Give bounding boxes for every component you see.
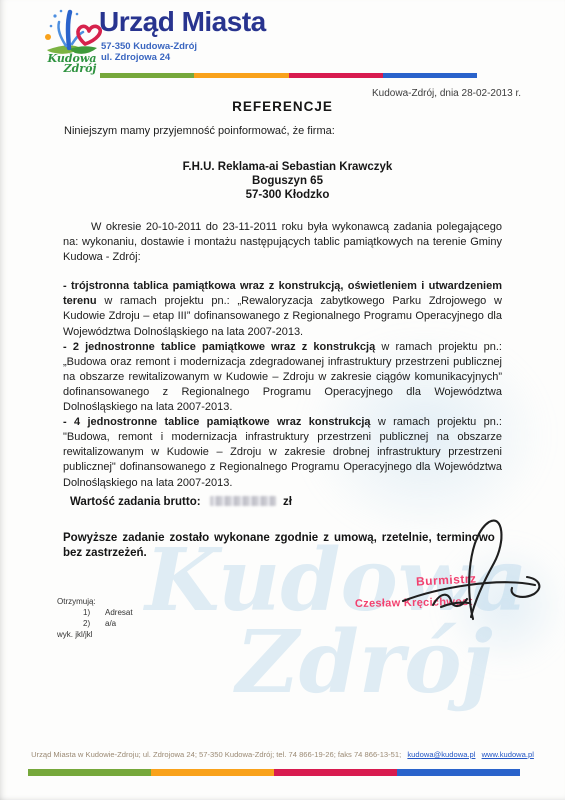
company-name: F.H.U. Reklama-ai Sebastian Krawczyk bbox=[0, 160, 565, 174]
task-description: W okresie 20-10-2011 do 23-11-2011 roku … bbox=[63, 220, 502, 491]
task-item-text: w ramach projektu pn.: „Rewaloryzacja za… bbox=[63, 295, 502, 337]
heart-icon bbox=[78, 26, 100, 44]
task-item: - trójstronna tablica pamiątkowa wraz z … bbox=[63, 279, 502, 339]
distribution-note: wyk. jkl/jkl bbox=[57, 629, 133, 640]
doc-title: REFERENCJE bbox=[0, 99, 565, 114]
bar-segment bbox=[397, 769, 520, 776]
value-label: Wartość zadania brutto: bbox=[70, 496, 201, 508]
bar-segment bbox=[100, 73, 194, 78]
redacted-amount bbox=[210, 496, 276, 506]
date-line: Kudowa-Zdrój, dnia 28-02-2013 r. bbox=[372, 88, 521, 99]
distribution-item-number: 2) bbox=[83, 618, 105, 629]
distribution-heading: Otrzymują: bbox=[57, 596, 133, 607]
logo-script: Kudowa Zdrój bbox=[33, 54, 111, 74]
company-city: 57-300 Kłodzko bbox=[0, 188, 565, 202]
distribution-item-label: a/a bbox=[105, 619, 116, 628]
header-color-bar bbox=[100, 73, 477, 78]
task-item-lead: - 2 jednostronne tablice pamiątkowe wraz… bbox=[63, 341, 375, 353]
bar-segment bbox=[194, 73, 288, 78]
bar-segment bbox=[383, 73, 477, 78]
bar-segment bbox=[274, 769, 397, 776]
footer-info: Urząd Miasta w Kudowie-Zdroju; ul. Zdroj… bbox=[0, 750, 565, 759]
distribution-item: 1)Adresat bbox=[57, 607, 133, 618]
distribution-item-label: Adresat bbox=[105, 608, 133, 617]
bar-segment bbox=[151, 769, 274, 776]
org-address-line1: 57-350 Kudowa-Zdrój bbox=[101, 41, 197, 52]
task-item: - 4 jednostronne tablice pamiątkowe wraz… bbox=[63, 415, 502, 490]
stamp: Burmistrz Czesław Kręcichwost bbox=[350, 515, 565, 635]
company-block: F.H.U. Reklama-ai Sebastian Krawczyk Bog… bbox=[0, 160, 565, 202]
task-paragraph: W okresie 20-10-2011 do 23-11-2011 roku … bbox=[63, 220, 502, 265]
task-item-lead: - 4 jednostronne tablice pamiątkowe wraz… bbox=[63, 416, 371, 428]
footer-color-bar bbox=[28, 769, 520, 776]
company-street: Boguszyn 65 bbox=[0, 174, 565, 188]
distribution-item-number: 1) bbox=[83, 607, 105, 618]
page: Kudowa Zdrój bbox=[0, 0, 565, 800]
intro-text: Niniejszym mamy przyjemność poinformować… bbox=[64, 125, 335, 137]
bar-segment bbox=[289, 73, 383, 78]
email-link[interactable]: kudowa@kudowa.pl bbox=[407, 750, 475, 759]
org-address-line2: ul. Zdrojowa 24 bbox=[101, 52, 170, 63]
org-title: Urząd Miasta bbox=[99, 6, 266, 38]
distribution-item: 2)a/a bbox=[57, 618, 133, 629]
sun-dot-icon bbox=[45, 34, 51, 40]
value-currency: zł bbox=[283, 496, 292, 508]
fountain-heart-icon bbox=[39, 6, 105, 58]
footer-contact-text: Urząd Miasta w Kudowie-Zdroju; ul. Zdroj… bbox=[31, 750, 401, 759]
signature-scribble-icon bbox=[385, 515, 565, 625]
distribution-list: Otrzymują: 1)Adresat 2)a/a wyk. jkl/jkl bbox=[57, 596, 133, 640]
website-link[interactable]: www.kudowa.pl bbox=[482, 750, 534, 759]
value-line: Wartość zadania brutto: zł bbox=[70, 496, 292, 508]
task-item: - 2 jednostronne tablice pamiątkowe wraz… bbox=[63, 340, 502, 415]
bar-segment bbox=[28, 769, 151, 776]
